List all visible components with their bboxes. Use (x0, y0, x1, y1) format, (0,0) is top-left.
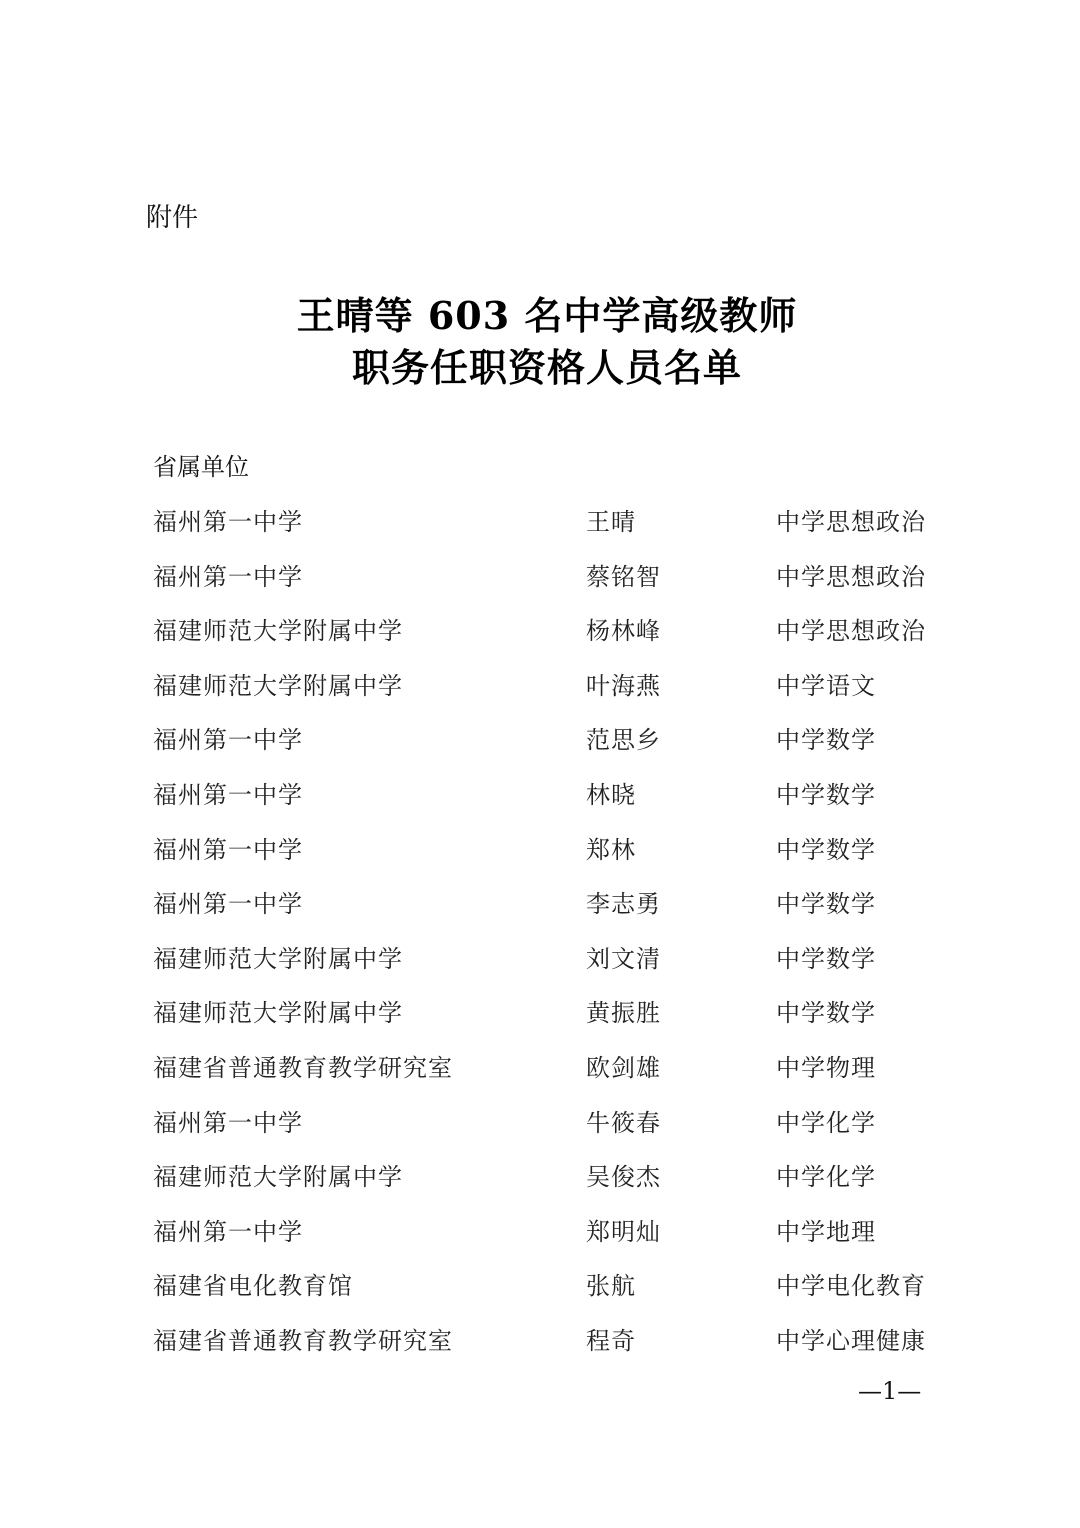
subject-cell: 中学数学 (776, 833, 876, 867)
unit-cell: 福州第一中学 (153, 833, 303, 867)
title-line-2: 职务任职资格人员名单 (0, 342, 1080, 394)
list-row: 福州第一中学 李志勇 中学数学 (0, 887, 1080, 942)
unit-cell: 福建省电化教育馆 (153, 1269, 353, 1303)
subject-cell: 中学思想政治 (776, 614, 926, 648)
name-cell: 王晴 (586, 505, 636, 539)
subject-cell: 中学数学 (776, 778, 876, 812)
personnel-list: 福州第一中学 王晴 中学思想政治 福州第一中学 蔡铭智 中学思想政治 福建师范大… (0, 505, 1080, 1379)
name-cell: 蔡铭智 (586, 560, 661, 594)
unit-cell: 福州第一中学 (153, 1106, 303, 1140)
unit-cell: 福建师范大学附属中学 (153, 996, 403, 1030)
page-number: —1— (858, 1374, 921, 1408)
list-row: 福州第一中学 郑明灿 中学地理 (0, 1215, 1080, 1270)
subject-cell: 中学化学 (776, 1106, 876, 1140)
name-cell: 张航 (586, 1269, 636, 1303)
subject-cell: 中学地理 (776, 1215, 876, 1249)
list-row: 福州第一中学 郑林 中学数学 (0, 833, 1080, 888)
unit-cell: 福州第一中学 (153, 887, 303, 921)
list-row: 福建省电化教育馆 张航 中学电化教育 (0, 1269, 1080, 1324)
unit-cell: 福建师范大学附属中学 (153, 614, 403, 648)
document-title: 王晴等 603 名中学高级教师 职务任职资格人员名单 (0, 290, 1080, 394)
unit-cell: 福建师范大学附属中学 (153, 669, 403, 703)
unit-cell: 福州第一中学 (153, 723, 303, 757)
name-cell: 郑林 (586, 833, 636, 867)
name-cell: 欧剑雄 (586, 1051, 661, 1085)
title-line-1: 王晴等 603 名中学高级教师 (0, 290, 1080, 342)
list-row: 福建省普通教育教学研究室 欧剑雄 中学物理 (0, 1051, 1080, 1106)
list-row: 福建师范大学附属中学 叶海燕 中学语文 (0, 669, 1080, 724)
subject-cell: 中学数学 (776, 996, 876, 1030)
unit-cell: 福建师范大学附属中学 (153, 942, 403, 976)
name-cell: 程奇 (586, 1324, 636, 1358)
attachment-label: 附件 (146, 200, 198, 236)
subject-cell: 中学电化教育 (776, 1269, 926, 1303)
unit-cell: 福州第一中学 (153, 560, 303, 594)
unit-cell: 福州第一中学 (153, 1215, 303, 1249)
name-cell: 郑明灿 (586, 1215, 661, 1249)
list-row: 福建师范大学附属中学 黄振胜 中学数学 (0, 996, 1080, 1051)
list-row: 福建师范大学附属中学 杨林峰 中学思想政治 (0, 614, 1080, 669)
name-cell: 李志勇 (586, 887, 661, 921)
list-row: 福建省普通教育教学研究室 程奇 中学心理健康 (0, 1324, 1080, 1379)
list-row: 福州第一中学 范思乡 中学数学 (0, 723, 1080, 778)
section-heading: 省属单位 (153, 450, 249, 484)
name-cell: 林晓 (586, 778, 636, 812)
subject-cell: 中学数学 (776, 723, 876, 757)
list-row: 福州第一中学 牛筱春 中学化学 (0, 1106, 1080, 1161)
unit-cell: 福州第一中学 (153, 778, 303, 812)
name-cell: 范思乡 (586, 723, 661, 757)
subject-cell: 中学数学 (776, 942, 876, 976)
name-cell: 黄振胜 (586, 996, 661, 1030)
list-row: 福建师范大学附属中学 吴俊杰 中学化学 (0, 1160, 1080, 1215)
name-cell: 杨林峰 (586, 614, 661, 648)
unit-cell: 福州第一中学 (153, 505, 303, 539)
name-cell: 刘文清 (586, 942, 661, 976)
list-row: 福州第一中学 王晴 中学思想政治 (0, 505, 1080, 560)
name-cell: 叶海燕 (586, 669, 661, 703)
subject-cell: 中学物理 (776, 1051, 876, 1085)
subject-cell: 中学化学 (776, 1160, 876, 1194)
list-row: 福建师范大学附属中学 刘文清 中学数学 (0, 942, 1080, 997)
unit-cell: 福建省普通教育教学研究室 (153, 1051, 453, 1085)
unit-cell: 福建省普通教育教学研究室 (153, 1324, 453, 1358)
subject-cell: 中学思想政治 (776, 505, 926, 539)
subject-cell: 中学数学 (776, 887, 876, 921)
name-cell: 牛筱春 (586, 1106, 661, 1140)
subject-cell: 中学语文 (776, 669, 876, 703)
list-row: 福州第一中学 蔡铭智 中学思想政治 (0, 560, 1080, 615)
list-row: 福州第一中学 林晓 中学数学 (0, 778, 1080, 833)
name-cell: 吴俊杰 (586, 1160, 661, 1194)
subject-cell: 中学心理健康 (776, 1324, 926, 1358)
subject-cell: 中学思想政治 (776, 560, 926, 594)
unit-cell: 福建师范大学附属中学 (153, 1160, 403, 1194)
